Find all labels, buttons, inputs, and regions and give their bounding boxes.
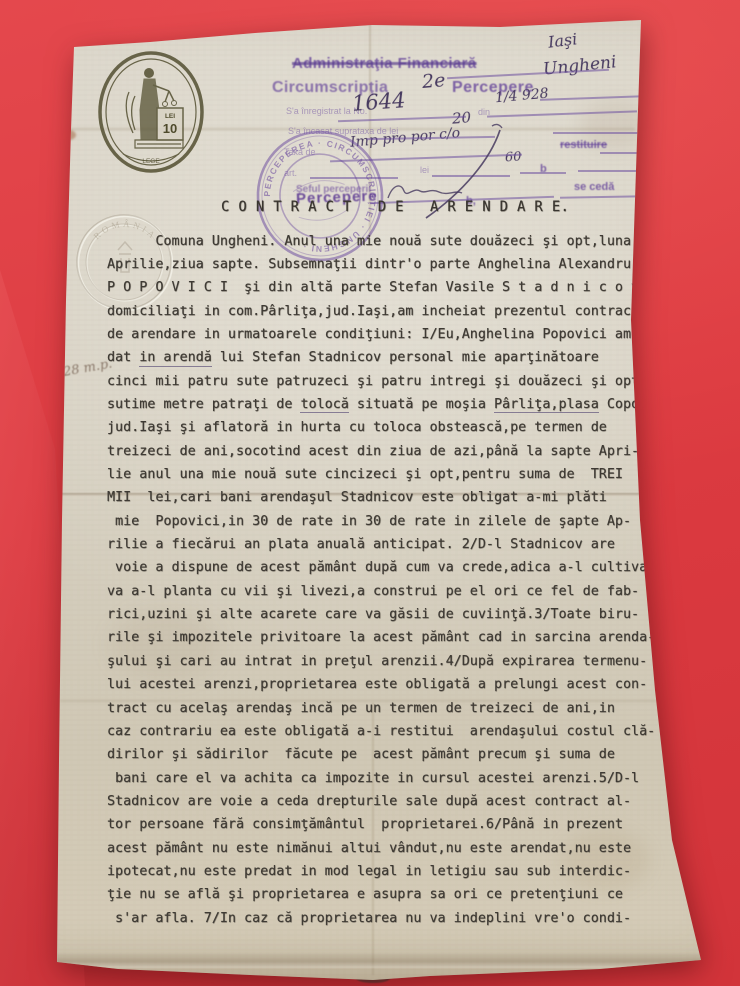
- handwriting-date: 1/4 928: [494, 86, 549, 107]
- bottom-fold: [57, 952, 702, 968]
- handwriting-circ-number: 2e: [421, 69, 446, 93]
- paper-shadow-wrap: LEI 10 LEGE ROMÂNIA Administraţia Financ…: [0, 0, 740, 986]
- body-line: ţie nu se află şi proprietarea e asupra …: [107, 883, 623, 906]
- body-line: ipotecat,nu este predat in mod legal in …: [107, 860, 631, 883]
- body-line: acest pământ nu este nimănui altui vându…: [107, 837, 631, 860]
- body-line: s'ar afla. 7/In caz că proprietarea nu v…: [107, 907, 631, 930]
- body-line: P O P O V I C I şi din altă parte Stefan…: [107, 276, 639, 299]
- handwriting-city: Iaşi: [547, 29, 578, 51]
- handwriting-ungheni: Ungheni: [542, 52, 617, 80]
- stamp-office-line: Administraţia Financiară: [292, 55, 477, 72]
- svg-text:LEGE: LEGE: [142, 158, 160, 165]
- form-se-ceda-word: se cedă: [574, 181, 614, 193]
- body-line: va a-l planta cu vii şi livezi,a constru…: [107, 580, 639, 603]
- form-rule: [600, 152, 640, 154]
- body-line: dirilor şi sădirilor făcute pe acest păm…: [107, 743, 615, 766]
- body-line: rile şi impozitele privitoare la acest p…: [107, 626, 655, 649]
- body-line: tract cu acelaş arendaş incă pe un terme…: [107, 697, 615, 720]
- form-rule: [540, 95, 646, 100]
- body-line: lui acestei arenzi,proprietarea este obl…: [107, 673, 647, 696]
- revenue-stamp-justice-icon: LEI 10 LEGE: [93, 48, 209, 180]
- body-line: domiciliaţi in com.Pârliţa,jud.Iaşi,am i…: [107, 300, 639, 323]
- body-line: Stadnicov are voie a ceda drepturile sal…: [107, 790, 631, 813]
- form-rule: [338, 116, 466, 122]
- body-line: caz contrariu ea este obligată a-i resti…: [107, 720, 655, 743]
- svg-text:LEI: LEI: [165, 113, 175, 120]
- body-line: sutime metre patraţi de tolocă situată p…: [107, 393, 647, 416]
- body-line: voie a dispune de acest pământ după cum …: [107, 556, 647, 579]
- body-line: cinci mii patru sute patruzeci şi patru …: [107, 370, 639, 393]
- body-line: mie Popovici,in 30 de rate in 30 de rate…: [107, 510, 631, 533]
- rust-spot: [62, 130, 76, 140]
- body-line: dat in arendă lui Stefan Stadnicov perso…: [107, 346, 599, 369]
- form-rule: [578, 170, 638, 172]
- body-line: treizeci de ani,socotind acest din ziua …: [107, 440, 639, 463]
- form-rule: [553, 132, 639, 134]
- body-line: jud.Iaşi şi aflatoră in hurta cu toloca …: [107, 416, 607, 439]
- body-line: MII lei,cari bani arendaşul Stadnicov es…: [107, 486, 607, 509]
- body-line: Comuna Ungheni. Anul una mie nouă sute d…: [107, 230, 631, 253]
- form-restituire-word: restituire: [560, 139, 607, 151]
- handwriting-registry-number: 1644: [351, 88, 406, 116]
- body-line: tor persoane fără consimţământul proprie…: [107, 813, 623, 836]
- body-line: Aprilie,ziua sapte. Subsemnaţii dintr'o …: [107, 253, 631, 276]
- body-line: de arendare in urmatoarele condiţiuni: I…: [107, 323, 631, 346]
- document-title: C O N T R A C T D E A R E N D A R E.: [221, 196, 569, 219]
- rust-spot: [58, 176, 68, 184]
- form-rule: [520, 172, 566, 174]
- body-line: lie anul una mie nouă sute cincizeci şi …: [107, 463, 623, 486]
- paper-sheet: LEI 10 LEGE ROMÂNIA Administraţia Financ…: [0, 0, 740, 986]
- form-rule: [487, 110, 637, 117]
- svg-text:10: 10: [163, 121, 177, 136]
- body-line: rici,uzini şi alte acarete care va găsii…: [107, 603, 639, 626]
- document-photo: LEI 10 LEGE ROMÂNIA Administraţia Financ…: [0, 0, 740, 986]
- body-line: rilie a fiecărui an plata anuală anticip…: [107, 533, 615, 556]
- form-rule: [560, 195, 644, 198]
- body-line: şului şi cari au intrat in preţul arenzi…: [107, 650, 647, 673]
- handwriting-margin-area: 5444,28 m.p.: [25, 357, 113, 387]
- body-line: bani care el va achita ca impozite in cu…: [107, 767, 639, 790]
